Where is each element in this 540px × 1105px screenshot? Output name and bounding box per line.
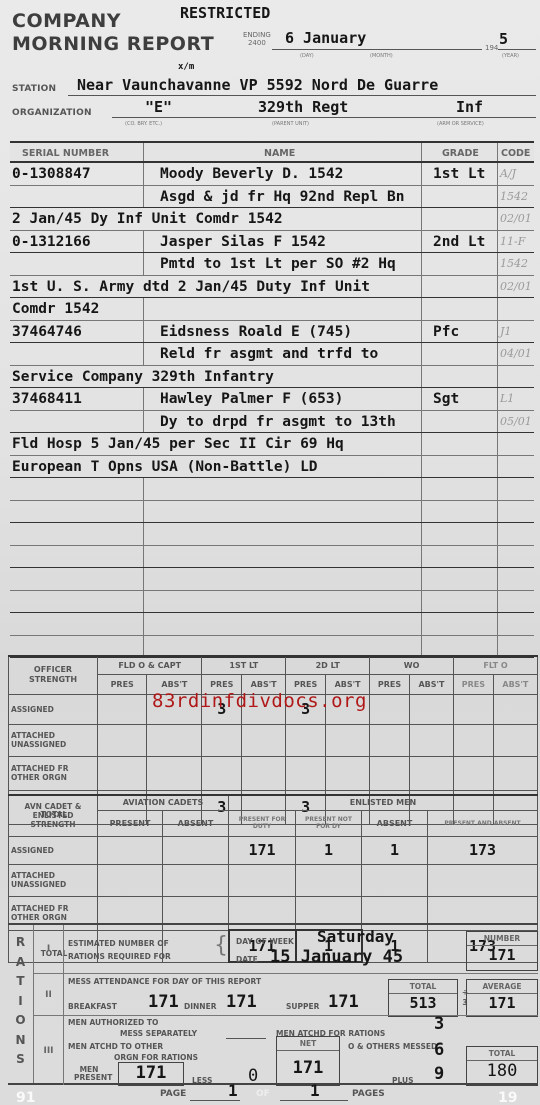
cell-code <box>497 523 534 545</box>
enlisted-strength-row: ATTACHED UNASSIGNED <box>9 864 538 896</box>
serial-number: 37468411 <box>12 391 82 407</box>
strength-cell <box>242 724 286 756</box>
strength-cell <box>98 756 147 790</box>
strength-cell <box>428 864 538 896</box>
cell-code <box>497 298 534 320</box>
ending-label-2: 2400 <box>243 39 271 47</box>
dinner-value: 171 <box>226 992 257 1012</box>
soldier-name: Eidsness Roald E (745) <box>160 324 352 340</box>
right-corner-mark: 19 <box>498 1090 517 1105</box>
cell-name <box>143 613 421 635</box>
strength-cell: 171 <box>229 836 296 864</box>
col-name: NAME <box>264 148 295 159</box>
sublabel-arm: (ARM OR SERVICE) <box>437 121 484 127</box>
row-label: ATTACHED UNASSIGNED <box>9 864 98 896</box>
roster-row <box>10 478 534 501</box>
soldier-name: Asgd & jd fr Hq 92nd Repl Bn <box>160 189 404 205</box>
roster-row <box>10 568 534 591</box>
header-cell: GRADE <box>421 143 497 161</box>
cell-name <box>143 523 421 545</box>
roster-row: 2 Jan/45 Dy Inf Unit Comdr 154202/01 <box>10 208 534 231</box>
sublabel-month: (MONTH) <box>370 53 393 59</box>
less-value: 0 <box>248 1066 258 1086</box>
grade: Pfc <box>433 324 459 340</box>
sublabel-year: (YEAR) <box>502 53 519 59</box>
left-corner-mark: 91 <box>16 1090 35 1105</box>
soldier-name: Hawley Palmer F (653) <box>160 391 343 407</box>
strength-cell <box>454 724 494 756</box>
rations-letter: T <box>8 972 33 992</box>
serial-number: 0-1312166 <box>12 234 91 250</box>
cell-grade <box>421 433 497 455</box>
average-label: AVERAGE <box>467 980 537 994</box>
strength-cell <box>370 694 410 724</box>
officer-strength-row: ATTACHED FR OTHER ORGN <box>9 756 538 790</box>
cell-name <box>143 298 421 320</box>
form-title-line2: MORNING REPORT <box>12 33 214 55</box>
cell-serial <box>10 636 143 658</box>
cell-grade <box>421 298 497 320</box>
strength-cell <box>493 756 537 790</box>
cell-serial <box>10 478 143 500</box>
net-value: 171 <box>277 1051 339 1085</box>
cell-code <box>497 636 534 658</box>
continuation-text: 1st U. S. Army dtd 2 Jan/45 Duty Inf Uni… <box>12 279 370 295</box>
cell-code <box>497 433 534 455</box>
row-label: ATTACHED UNASSIGNED <box>9 724 98 756</box>
soldier-name: Jasper Silas F 1542 <box>160 234 326 250</box>
col-serial-number: SERIAL NUMBER <box>22 148 109 159</box>
strength-cell <box>286 756 326 790</box>
handwritten-code: 1542 <box>500 190 528 203</box>
continuation-text: 2 Jan/45 Dy Inf Unit Comdr 1542 <box>12 211 283 227</box>
roster-row: Service Company 329th Infantry <box>10 366 534 389</box>
cell-serial <box>10 343 143 365</box>
men-present-box: 171 <box>118 1062 184 1086</box>
soldier-name: Pmtd to 1st Lt per SO #2 Hq <box>160 256 396 272</box>
brace-icon: { <box>214 933 228 958</box>
handwritten-code: 02/01 <box>500 280 532 293</box>
year-prefix: 194 <box>485 44 498 52</box>
soldier-name: Dy to drpd fr asgmt to 13th <box>160 414 396 430</box>
organization-regiment: 329th Regt <box>258 98 348 116</box>
organization-label: ORGANIZATION <box>12 108 92 118</box>
cell-name <box>143 478 421 500</box>
total-meals-box: TOTAL 513 <box>388 979 458 1017</box>
continuation-text: Service Company 329th Infantry <box>12 369 274 385</box>
total-rations-value: 180 <box>467 1061 537 1081</box>
soldier-name: Reld fr asgmt and trfd to <box>160 346 378 362</box>
page-number: 1 <box>228 1081 238 1100</box>
group-enlisted-men: ENLISTED MEN <box>229 795 538 810</box>
enlisted-col-header: PRESENT NOT FOR DY <box>296 810 362 836</box>
station-label: STATION <box>12 84 56 94</box>
officer-strength-row: ATTACHED UNASSIGNED <box>9 724 538 756</box>
strength-cell <box>286 724 326 756</box>
total-rations-label: TOTAL <box>467 1047 537 1061</box>
plus-value: 9 <box>434 1064 444 1084</box>
handwritten-code: 11-F <box>500 235 525 248</box>
rations-side-letters: RATIONS <box>8 925 34 1083</box>
cell-grade <box>421 253 497 275</box>
cell-serial <box>10 568 143 590</box>
cell-grade <box>421 591 497 613</box>
roster-row: Asgd & jd fr Hq 92nd Repl Bn1542 <box>10 186 534 209</box>
group-wo: WO <box>370 656 454 674</box>
strength-cell <box>98 724 147 756</box>
rations-letter: S <box>8 1050 33 1070</box>
organization-company: "E" <box>145 98 172 116</box>
cell-code <box>497 591 534 613</box>
number-box: NUMBER 171 <box>466 931 538 971</box>
continuation-text: Fld Hosp 5 Jan/45 per Sec II Cir 69 Hq <box>12 436 344 452</box>
pages-label: PAGES <box>352 1089 385 1099</box>
header-cell: SERIAL NUMBER <box>10 143 143 161</box>
handwritten-code: 1542 <box>500 257 528 270</box>
net-label: NET <box>277 1037 339 1051</box>
roster-row <box>10 546 534 569</box>
section-i-numeral: I <box>34 925 64 973</box>
day-of-week-value: Saturday <box>317 927 394 946</box>
total-rations-box: TOTAL 180 <box>466 1046 538 1086</box>
continuation-text: Comdr 1542 <box>12 301 99 317</box>
strength-cell <box>202 724 242 756</box>
breakfast-label: BREAKFAST <box>68 1002 117 1011</box>
year-underline <box>498 49 536 50</box>
morning-report-document: COMPANY MORNING REPORT RESTRICTED ENDING… <box>0 0 540 1105</box>
roster-row: 0-1312166Jasper Silas F 15422nd Lt11-F <box>10 231 534 254</box>
enlisted-col-header: PRESENT FOR DUTY <box>229 810 296 836</box>
total-meals-value: 513 <box>389 994 457 1012</box>
roster-row <box>10 591 534 614</box>
roster-row: Reld fr asgmt and trfd to04/01 <box>10 343 534 366</box>
mess-attendance-label: MESS ATTENDANCE FOR DAY OF THIS REPORT <box>68 977 261 986</box>
cell-serial <box>10 411 143 433</box>
mess-separately-line <box>226 1038 266 1039</box>
number-label: NUMBER <box>467 932 537 946</box>
roster-row: Fld Hosp 5 Jan/45 per Sec II Cir 69 Hq <box>10 433 534 456</box>
strength-cell <box>493 724 537 756</box>
enlisted-col-header: PRESENT <box>98 810 163 836</box>
ending-label-1: ENDING <box>243 31 271 39</box>
group-1st-lt: 1ST LT <box>202 656 286 674</box>
strength-cell <box>325 756 369 790</box>
strength-cell <box>98 694 147 724</box>
handwritten-code: 04/01 <box>500 347 532 360</box>
strength-cell <box>242 756 286 790</box>
handwritten-code: J1 <box>500 325 511 338</box>
day-of-week-label: DAY OF WEEK <box>236 937 294 946</box>
strength-cell <box>98 836 163 864</box>
strength-cell <box>147 724 202 756</box>
strength-cell <box>325 724 369 756</box>
number-value: 171 <box>467 946 537 964</box>
form-title-line1: COMPANY <box>12 10 121 32</box>
group-fld-o-capt: FLD O & CAPT <box>98 656 202 674</box>
roster-row: Comdr 1542 <box>10 298 534 321</box>
cell-name <box>143 501 421 523</box>
rations-section-ii: MESS ATTENDANCE FOR DAY OF THIS REPORT B… <box>64 973 538 1015</box>
row-label: ATTACHED FR OTHER ORGN <box>9 756 98 790</box>
strength-cell <box>409 724 453 756</box>
roster-row <box>10 613 534 636</box>
roster-row: Dy to drpd fr asgmt to 13th05/01 <box>10 411 534 434</box>
estimated-label-2: RATIONS REQUIRED FOR <box>68 952 171 961</box>
cell-grade <box>421 456 497 478</box>
cell-grade <box>421 478 497 500</box>
atchd-for-rations-value: 3 <box>434 1014 444 1034</box>
cell-grade <box>421 276 497 298</box>
strength-cell: 1 <box>296 836 362 864</box>
cell-grade <box>421 411 497 433</box>
estimated-label-1: ESTIMATED NUMBER OF <box>68 939 169 948</box>
row-label: ASSIGNED <box>9 694 98 724</box>
section-iii-numeral: III <box>34 1015 64 1085</box>
roster-table: SERIAL NUMBER NAME GRADE CODE 0-1308847M… <box>10 141 534 658</box>
men-present-value: 171 <box>119 1063 183 1083</box>
group-aviation-cadets: AVIATION CADETS <box>98 795 229 810</box>
cell-serial <box>10 591 143 613</box>
breakfast-value: 171 <box>148 992 179 1012</box>
roster-row <box>10 501 534 524</box>
continuation-text: European T Opns USA (Non-Battle) LD <box>12 459 318 475</box>
roster-row: 37464746Eidsness Roald E (745)PfcJ1 <box>10 321 534 344</box>
dinner-label: DINNER <box>184 1002 216 1011</box>
classification-stamp: RESTRICTED <box>180 4 270 22</box>
strength-cell <box>202 756 242 790</box>
station-annotation: x/m <box>178 62 194 72</box>
group-2d-lt: 2D LT <box>286 656 370 674</box>
watermark-text: 83rdinfdivdocs.org <box>152 690 367 712</box>
total-meals-label: TOTAL <box>389 980 457 994</box>
rations-section: RATIONS I II III ESTIMATED NUMBER OF RAT… <box>8 923 538 1085</box>
strength-cell: 173 <box>428 836 538 864</box>
handwritten-code: A/J <box>500 167 516 180</box>
col-grade: GRADE <box>442 148 479 159</box>
roster-row: 1st U. S. Army dtd 2 Jan/45 Duty Inf Uni… <box>10 276 534 299</box>
cell-serial <box>10 501 143 523</box>
mess-separately-label-1: MEN AUTHORIZED TO <box>68 1018 158 1027</box>
strength-cell <box>409 694 453 724</box>
serial-number: 37464746 <box>12 324 82 340</box>
supper-value: 171 <box>328 992 359 1012</box>
strength-cell <box>454 694 494 724</box>
header-cell: NAME <box>143 143 421 161</box>
cell-code <box>497 546 534 568</box>
date-underline <box>272 49 482 50</box>
strength-cell <box>493 694 537 724</box>
strength-cell <box>370 724 410 756</box>
enlisted-strength-row: ASSIGNED17111173 <box>9 836 538 864</box>
roster-row: 37468411Hawley Palmer F (653)SgtL1 <box>10 388 534 411</box>
average-box: AVERAGE 171 <box>466 979 538 1017</box>
group-flt-o: FLT O <box>454 656 538 674</box>
cell-grade <box>421 568 497 590</box>
sub-abst: ABS'T <box>409 674 453 694</box>
strength-cell: 1 <box>362 836 428 864</box>
rations-letter: R <box>8 933 33 953</box>
station-underline <box>68 95 536 96</box>
atchd-other-label-2: ORGN FOR RATIONS <box>114 1053 198 1062</box>
pages-underline <box>280 1100 348 1101</box>
rations-letter: N <box>8 1031 33 1051</box>
year-suffix: 5 <box>499 30 508 48</box>
strength-cell <box>362 864 428 896</box>
roster-row: European T Opns USA (Non-Battle) LD <box>10 456 534 479</box>
rations-letter: A <box>8 953 33 973</box>
title-line2: STRENGTH <box>9 675 97 685</box>
sub-pres: PRES <box>370 674 410 694</box>
cell-grade <box>421 523 497 545</box>
cell-grade <box>421 208 497 230</box>
enlisted-strength-title: AVN CADET & ENLISTED STRENGTH <box>9 795 98 836</box>
strength-cell <box>163 836 229 864</box>
average-value: 171 <box>467 994 537 1012</box>
rations-section-iii: MEN AUTHORIZED TO MESS SEPARATELY MEN AT… <box>64 1015 538 1085</box>
sub-pres: PRES <box>98 674 147 694</box>
date-label: DATE <box>236 955 258 964</box>
handwritten-code: L1 <box>500 392 514 405</box>
sublabel-parent: (PARENT UNIT) <box>272 121 309 127</box>
cell-serial <box>10 546 143 568</box>
soldier-name: Moody Beverly D. 1542 <box>160 166 343 182</box>
cell-grade <box>421 343 497 365</box>
cell-name <box>143 568 421 590</box>
supper-label: SUPPER <box>286 1002 319 1011</box>
handwritten-code: 02/01 <box>500 212 532 225</box>
roster-row: Pmtd to 1st Lt per SO #2 Hq1542 <box>10 253 534 276</box>
enlisted-col-header: PRESENT AND ABSENT <box>428 810 538 836</box>
page-label: PAGE <box>160 1089 186 1099</box>
station-value: Near Vaunchavanne VP 5592 Nord De Guarre <box>77 76 438 94</box>
cell-name <box>143 591 421 613</box>
cell-code <box>497 456 534 478</box>
col-code: CODE <box>501 148 530 159</box>
cell-serial <box>10 186 143 208</box>
cell-grade <box>421 613 497 635</box>
organization-underline <box>112 117 536 118</box>
men-present-label: MEN PRESENT <box>74 1066 104 1082</box>
cell-serial <box>10 523 143 545</box>
total-pages: 1 <box>310 1081 320 1100</box>
row-label: ASSIGNED <box>9 836 98 864</box>
mess-separately-label-2: MESS SEPARATELY <box>120 1029 197 1038</box>
officer-strength-title: OFFICER STRENGTH <box>9 656 98 694</box>
roster-row <box>10 523 534 546</box>
ration-date-value: 15 January 45 <box>270 947 403 967</box>
strength-cell <box>147 756 202 790</box>
strength-cell <box>98 864 163 896</box>
cell-code <box>497 613 534 635</box>
cell-serial <box>10 253 143 275</box>
sub-abst: ABS'T <box>493 674 537 694</box>
sublabel-day: (DAY) <box>300 53 314 59</box>
cell-name <box>143 546 421 568</box>
roster-row: 0-1308847Moody Beverly D. 15421st LtA/J <box>10 163 534 186</box>
strength-cell <box>296 864 362 896</box>
header-cell: CODE <box>497 143 534 161</box>
grade: 1st Lt <box>433 166 485 182</box>
cell-serial <box>10 613 143 635</box>
enlisted-col-header: ABSENT <box>362 810 428 836</box>
strength-cell <box>229 864 296 896</box>
cell-grade <box>421 186 497 208</box>
sublabel-company: (CO. BRY. ETC.) <box>125 121 162 127</box>
rations-letter: O <box>8 1011 33 1031</box>
section-ii-numeral: II <box>34 973 64 1015</box>
cell-code <box>497 478 534 500</box>
of-label: OF <box>256 1089 270 1099</box>
net-box: NET 171 <box>276 1036 340 1086</box>
cell-grade <box>421 636 497 658</box>
grade: Sgt <box>433 391 459 407</box>
cell-grade <box>421 546 497 568</box>
title-line1: OFFICER <box>9 665 97 675</box>
roster-body: 0-1308847Moody Beverly D. 15421st LtA/JA… <box>10 163 534 658</box>
rations-section-i: ESTIMATED NUMBER OF RATIONS REQUIRED FOR… <box>64 925 538 973</box>
enlisted-col-header: ABSENT <box>163 810 229 836</box>
handwritten-code: 05/01 <box>500 415 532 428</box>
others-messed-label: O & OTHERS MESSED <box>348 1041 418 1052</box>
report-date: 6 January <box>285 29 366 47</box>
cell-name <box>143 636 421 658</box>
organization-arm: Inf <box>456 98 483 116</box>
ending-label: ENDING 2400 <box>243 31 271 47</box>
roster-header: SERIAL NUMBER NAME GRADE CODE <box>10 141 534 163</box>
cell-code <box>497 366 534 388</box>
grade: 2nd Lt <box>433 234 485 250</box>
strength-cell <box>163 864 229 896</box>
strength-cell <box>409 756 453 790</box>
less-label: LESS <box>192 1076 212 1085</box>
cell-code <box>497 501 534 523</box>
serial-number: 0-1308847 <box>12 166 91 182</box>
others-messed-value: 6 <box>434 1040 444 1060</box>
strength-cell <box>370 756 410 790</box>
strength-cell <box>454 756 494 790</box>
cell-code <box>497 568 534 590</box>
plus-label: PLUS <box>392 1076 414 1085</box>
page-underline <box>190 1100 240 1101</box>
cell-grade <box>421 501 497 523</box>
rations-letter: I <box>8 992 33 1012</box>
sub-pres: PRES <box>454 674 494 694</box>
cell-grade <box>421 366 497 388</box>
atchd-other-label-1: MEN ATCHD TO OTHER <box>68 1042 163 1051</box>
